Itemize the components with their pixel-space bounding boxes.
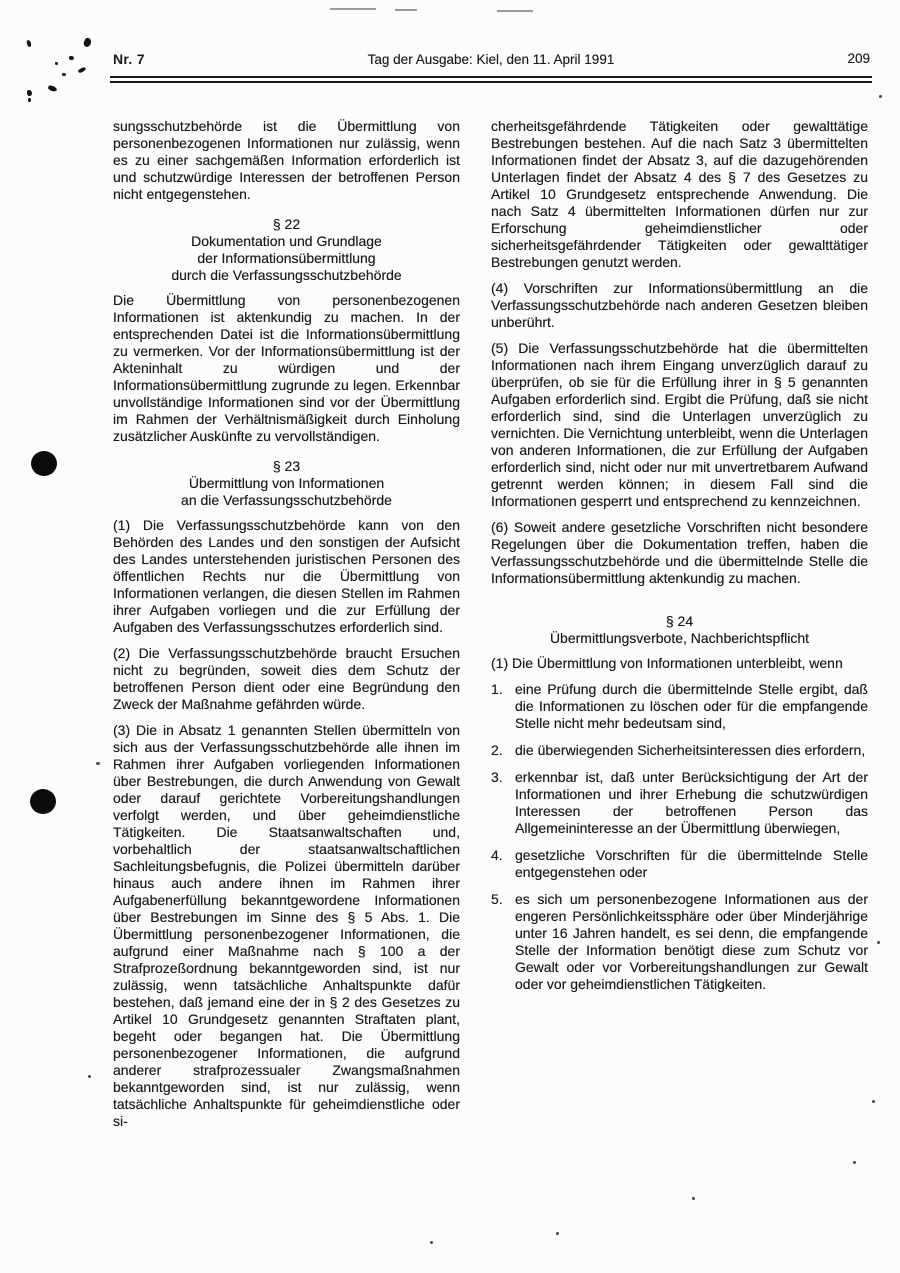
punch-hole-mark <box>30 789 56 814</box>
ink-speck <box>556 1232 559 1235</box>
list-item-text: eine Prüfung durch die übermittelnde Ste… <box>515 681 868 731</box>
section-23-absatz-4: (4) Vorschriften zur Informationsübermit… <box>491 280 868 331</box>
list-item-number: 4. <box>491 847 503 864</box>
section-title-line: durch die Verfassungsschutzbehörde <box>113 267 460 284</box>
header-title: Tag der Ausgabe: Kiel, den 11. April 199… <box>110 52 872 67</box>
list-item-number: 1. <box>491 681 503 698</box>
section-number: § 22 <box>113 216 460 233</box>
section-title-line: Dokumentation und Grundlage <box>113 233 460 250</box>
section-23-heading: § 23 Übermittlung von Informationen an d… <box>113 458 460 509</box>
scan-edge-mark <box>330 8 376 10</box>
ink-speck <box>692 1197 695 1200</box>
list-item-text: die überwiegenden Sicherheitsinteressen … <box>515 742 865 758</box>
ink-speck <box>27 90 32 96</box>
list-item: 1. eine Prüfung durch die übermittelnde … <box>491 681 868 732</box>
header-double-rule <box>110 76 872 83</box>
section-title-line: an die Verfassungsschutzbehörde <box>113 492 460 509</box>
ink-speck <box>47 85 57 93</box>
ink-speck <box>877 941 880 944</box>
scan-edge-mark <box>395 9 417 11</box>
list-item-number: 2. <box>491 742 503 759</box>
right-column: cherheitsgefährdende Tätigkeiten oder ge… <box>491 118 868 1003</box>
section-number: § 23 <box>113 458 460 475</box>
ink-speck <box>69 56 74 60</box>
ink-speck <box>96 762 100 765</box>
list-item: 2. die überwiegenden Sicherheitsinteress… <box>491 742 868 759</box>
page-header: Nr. 7 Tag der Ausgabe: Kiel, den 11. Apr… <box>110 51 872 71</box>
ink-speck <box>55 62 58 65</box>
punch-hole-mark <box>31 451 57 476</box>
ink-speck <box>430 1241 433 1244</box>
section-22-body: Die Übermittlung von personenbezogenen I… <box>113 292 460 445</box>
section-23-absatz-3: (3) Die in Absatz 1 genannten Stellen üb… <box>113 722 460 1130</box>
section-23-absatz-6: (6) Soweit andere gesetzliche Vorschrift… <box>491 519 868 587</box>
list-item-text: gesetzliche Vorschriften für die übermit… <box>515 847 868 880</box>
ink-speck <box>879 95 882 98</box>
section-number: § 24 <box>491 613 868 630</box>
ink-speck <box>82 37 92 48</box>
list-item: 4. gesetzliche Vorschriften für die über… <box>491 847 868 881</box>
ink-speck <box>62 73 66 76</box>
paragraph-continuation: sungsschutzbehörde ist die Übermittlung … <box>113 118 460 203</box>
section-title-line: der Informationsübermittlung <box>113 250 460 267</box>
paragraph-continuation: cherheitsgefährdende Tätigkeiten oder ge… <box>491 118 868 271</box>
section-24-heading: § 24 Übermittlungsverbote, Nachberichtsp… <box>491 613 868 647</box>
scan-edge-mark <box>497 10 533 12</box>
gazette-page: Nr. 7 Tag der Ausgabe: Kiel, den 11. Apr… <box>0 0 900 1273</box>
left-column: sungsschutzbehörde ist die Übermittlung … <box>113 118 460 1139</box>
section-23-absatz-1: (1) Die Verfassungsschutzbehörde kann vo… <box>113 517 460 636</box>
section-22-heading: § 22 Dokumentation und Grundlage der Inf… <box>113 216 460 284</box>
ink-speck <box>26 40 32 48</box>
ink-speck <box>853 1161 856 1164</box>
list-item-text: es sich um personenbezogene Informatione… <box>515 891 868 992</box>
list-item: 3. erkennbar ist, daß unter Berücksichti… <box>491 769 868 837</box>
list-item-text: erkennbar ist, daß unter Berücksichtigun… <box>515 769 868 836</box>
section-title-line: Übermittlungsverbote, Nachberichtspflich… <box>491 630 868 647</box>
section-23-absatz-2: (2) Die Verfassungsschutzbehörde braucht… <box>113 645 460 713</box>
section-24-item-list: 1. eine Prüfung durch die übermittelnde … <box>491 681 868 993</box>
ink-speck <box>28 98 31 102</box>
list-item-number: 5. <box>491 891 503 908</box>
section-23-absatz-5: (5) Die Verfassungsschutzbehörde hat die… <box>491 340 868 510</box>
page-number: 209 <box>847 51 870 66</box>
ink-speck <box>78 66 87 73</box>
ink-speck <box>88 1075 91 1078</box>
section-24-absatz-1: (1) Die Übermittlung von Informationen u… <box>491 655 868 672</box>
section-title-line: Übermittlung von Informationen <box>113 475 460 492</box>
list-item-number: 3. <box>491 769 503 786</box>
list-item: 5. es sich um personenbezogene Informati… <box>491 891 868 993</box>
ink-speck <box>872 1100 875 1103</box>
